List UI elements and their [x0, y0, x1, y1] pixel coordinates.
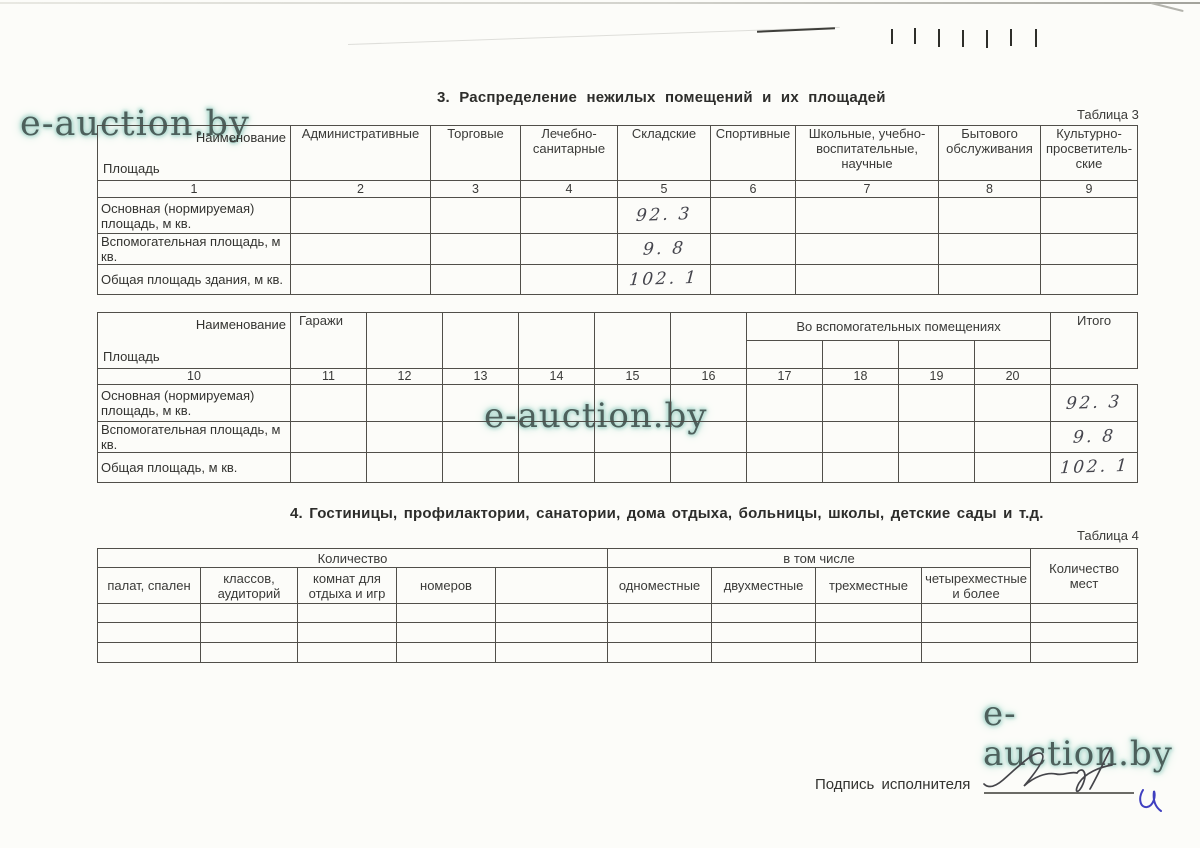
corner-cell: Наименование Площадь: [98, 126, 291, 181]
empty-cell: [367, 453, 443, 483]
scan-tick: [1035, 29, 1037, 47]
empty-cell: [496, 643, 608, 663]
col-header-quad-plus: четырехместные и более: [922, 568, 1031, 604]
empty-cell: [291, 265, 431, 295]
col-number: 1: [98, 181, 291, 198]
empty-cell: [711, 198, 796, 234]
col-number: 14: [519, 369, 595, 385]
empty-cell: [671, 422, 747, 453]
col-number: 9: [1041, 181, 1138, 198]
scan-tick: [891, 29, 893, 44]
empty-cell: [922, 604, 1031, 623]
col-header-number-of-places: Количество мест: [1031, 549, 1138, 604]
value-cell: 92. 3: [1051, 385, 1138, 422]
empty-header-cell: [519, 313, 595, 369]
empty-cell: [1041, 234, 1138, 265]
handwritten-value: 92. 3: [635, 207, 692, 224]
corner-bottom-label: Площадь: [103, 349, 160, 364]
empty-cell: [595, 453, 671, 483]
handwritten-value: 102. 1: [1059, 459, 1129, 476]
empty-cell: [291, 234, 431, 265]
empty-cell: [671, 385, 747, 422]
empty-cell: [975, 385, 1051, 422]
empty-cell: [367, 422, 443, 453]
col-group-auxiliary-premises: Во вспомогательных помещениях: [747, 313, 1051, 341]
table-3: Наименование Площадь Административные То…: [97, 125, 1138, 295]
empty-cell: [922, 643, 1031, 663]
corner-bottom-label: Площадь: [103, 161, 160, 176]
empty-cell: [816, 623, 922, 643]
value-cell: 92. 3: [618, 198, 711, 234]
scan-tick: [986, 30, 988, 48]
empty-cell: [521, 234, 618, 265]
empty-cell: [899, 422, 975, 453]
handwritten-signature: [978, 744, 1136, 796]
table-3-continued: Наименование Площадь Гаражи Во вспомогат…: [97, 312, 1138, 483]
empty-cell: [431, 234, 521, 265]
empty-cell: [443, 453, 519, 483]
empty-cell: [608, 623, 712, 643]
empty-header-cell: [747, 341, 823, 369]
empty-cell: [521, 265, 618, 295]
scan-tick: [938, 29, 940, 47]
empty-cell: [397, 604, 496, 623]
col-header-triple: трехместные: [816, 568, 922, 604]
row-label-total-area: Общая площадь здания, м кв.: [98, 265, 291, 295]
empty-cell: [298, 604, 397, 623]
col-header-hotel-rooms: номеров: [397, 568, 496, 604]
col-header-garages: Гаражи: [291, 313, 367, 369]
empty-cell: [201, 604, 298, 623]
empty-cell: [1031, 623, 1138, 643]
empty-header-cell: [975, 341, 1051, 369]
empty-cell: [298, 623, 397, 643]
empty-cell: [747, 422, 823, 453]
empty-cell: [608, 643, 712, 663]
empty-cell: [291, 453, 367, 483]
empty-cell: [98, 623, 201, 643]
row-label-aux-area: Вспомогательная площадь, м кв.: [98, 234, 291, 265]
col-header-medical: Лечебно- санитарные: [521, 126, 618, 181]
col-number: 6: [711, 181, 796, 198]
empty-cell: [521, 198, 618, 234]
col-header-single: одноместные: [608, 568, 712, 604]
empty-cell: [1041, 265, 1138, 295]
empty-cell: [899, 453, 975, 483]
empty-cell: [823, 453, 899, 483]
col-number: 11: [291, 369, 367, 385]
corner-cell: Наименование Площадь: [98, 313, 291, 369]
empty-cell: [712, 604, 816, 623]
empty-cell: [431, 265, 521, 295]
empty-cell: [823, 385, 899, 422]
col-header-cultural: Культурно- просветитель- ские: [1041, 126, 1138, 181]
col-number: 4: [521, 181, 618, 198]
col-number: 7: [796, 181, 939, 198]
col-number: 16: [671, 369, 747, 385]
empty-header-cell: [443, 313, 519, 369]
value-cell: 9. 8: [618, 234, 711, 265]
blue-pen-mark: [1136, 786, 1168, 816]
empty-cell: [98, 604, 201, 623]
empty-cell: [298, 643, 397, 663]
col-number: 20: [975, 369, 1051, 385]
empty-cell: [975, 422, 1051, 453]
empty-header-cell: [671, 313, 747, 369]
empty-cell: [397, 623, 496, 643]
col-number: 18: [823, 369, 899, 385]
empty-cell: [367, 385, 443, 422]
value-cell: 102. 1: [1051, 453, 1138, 483]
table-3-label: Таблица 3: [1077, 107, 1139, 122]
empty-cell: [816, 604, 922, 623]
empty-cell: [201, 643, 298, 663]
col-header-warehouse: Складские: [618, 126, 711, 181]
section-3-title: 3. Распределение нежилых помещений и их …: [437, 89, 886, 106]
empty-header-cell: [899, 341, 975, 369]
section-4-title: 4. Гостиницы, профилактории, санатории, …: [290, 505, 1044, 522]
empty-cell: [519, 453, 595, 483]
col-header-rest-game-rooms: комнат для отдыха и игр: [298, 568, 397, 604]
empty-cell: [608, 604, 712, 623]
empty-cell: [711, 265, 796, 295]
value-cell: 102. 1: [618, 265, 711, 295]
row-label-main-area: Основная (нормируемая) площадь, м кв.: [98, 198, 291, 234]
col-number: 10: [98, 369, 291, 385]
col-header-services: Бытового обслуживания: [939, 126, 1041, 181]
col-number: 13: [443, 369, 519, 385]
col-header-sport: Спортивные: [711, 126, 796, 181]
col-header-double: двухместные: [712, 568, 816, 604]
corner-top-label: Наименование: [196, 317, 286, 332]
table-4-label: Таблица 4: [1077, 528, 1139, 543]
col-number: 12: [367, 369, 443, 385]
empty-cell: [796, 198, 939, 234]
value-cell: 9. 8: [1051, 422, 1138, 453]
empty-cell: [939, 198, 1041, 234]
scan-tick: [914, 28, 916, 44]
handwritten-value: 9. 8: [642, 241, 686, 257]
empty-header-cell: [823, 341, 899, 369]
col-header-wards-bedrooms: палат, спален: [98, 568, 201, 604]
empty-cell: [671, 453, 747, 483]
handwritten-value: 9. 8: [1072, 429, 1116, 445]
col-number: 19: [899, 369, 975, 385]
table-4: Количество в том числе Количество мест п…: [97, 548, 1138, 663]
empty-cell: [496, 604, 608, 623]
empty-cell: [595, 385, 671, 422]
corner-top-label: Наименование: [196, 130, 286, 145]
empty-cell: [796, 265, 939, 295]
empty-cell: [291, 422, 367, 453]
handwritten-value: 92. 3: [1066, 395, 1123, 412]
empty-cell: [201, 623, 298, 643]
scan-tick: [962, 30, 964, 47]
empty-cell: [712, 623, 816, 643]
handwritten-value: 102. 1: [629, 271, 699, 288]
empty-cell: [519, 385, 595, 422]
col-header-total: Итого: [1051, 313, 1138, 369]
empty-header-cell: [367, 313, 443, 369]
scan-top-edge-line: [0, 2, 1200, 4]
empty-cell: [496, 623, 608, 643]
row-label-main-area: Основная (нормируемая) площадь, м кв.: [98, 385, 291, 422]
row-label-aux-area: Вспомогательная площадь, м кв.: [98, 422, 291, 453]
col-header-trade: Торговые: [431, 126, 521, 181]
empty-cell: [975, 453, 1051, 483]
empty-cell: [796, 234, 939, 265]
empty-cell: [922, 623, 1031, 643]
empty-cell: [397, 643, 496, 663]
empty-cell: [519, 422, 595, 453]
empty-cell: [939, 234, 1041, 265]
empty-cell: [98, 643, 201, 663]
col-header-administrative: Административные: [291, 126, 431, 181]
col-number: 3: [431, 181, 521, 198]
empty-cell: [712, 643, 816, 663]
empty-cell: [747, 385, 823, 422]
empty-cell: [816, 643, 922, 663]
empty-cell: [431, 198, 521, 234]
col-group-quantity: Количество: [98, 549, 608, 568]
empty-cell: [899, 385, 975, 422]
empty-cell: [1031, 604, 1138, 623]
col-group-including: в том числе: [608, 549, 1031, 568]
col-number: 2: [291, 181, 431, 198]
empty-cell: [443, 422, 519, 453]
empty-cell: [291, 198, 431, 234]
col-header-school: Школьные, учебно- воспитательные, научны…: [796, 126, 939, 181]
col-header-classes-auditoriums: классов, аудиторий: [201, 568, 298, 604]
empty-cell: [1041, 198, 1138, 234]
scan-tick: [1010, 29, 1012, 46]
signature-label: Подпись исполнителя: [815, 776, 970, 793]
empty-cell: [1031, 643, 1138, 663]
empty-cell: [939, 265, 1041, 295]
col-number: 15: [595, 369, 671, 385]
col-number: 17: [747, 369, 823, 385]
empty-header-cell: [595, 313, 671, 369]
scan-pen-dash: [757, 27, 835, 32]
empty-cell: [711, 234, 796, 265]
col-number: 8: [939, 181, 1041, 198]
document-scan: e-auction.by e-auction.by e-auction.by 3…: [0, 0, 1200, 848]
empty-cell: [443, 385, 519, 422]
empty-cell: [291, 385, 367, 422]
row-label-total-area: Общая площадь, м кв.: [98, 453, 291, 483]
empty-cell: [747, 453, 823, 483]
col-header-blank: [496, 568, 608, 604]
empty-cell: [823, 422, 899, 453]
empty-cell: [595, 422, 671, 453]
col-number: 5: [618, 181, 711, 198]
